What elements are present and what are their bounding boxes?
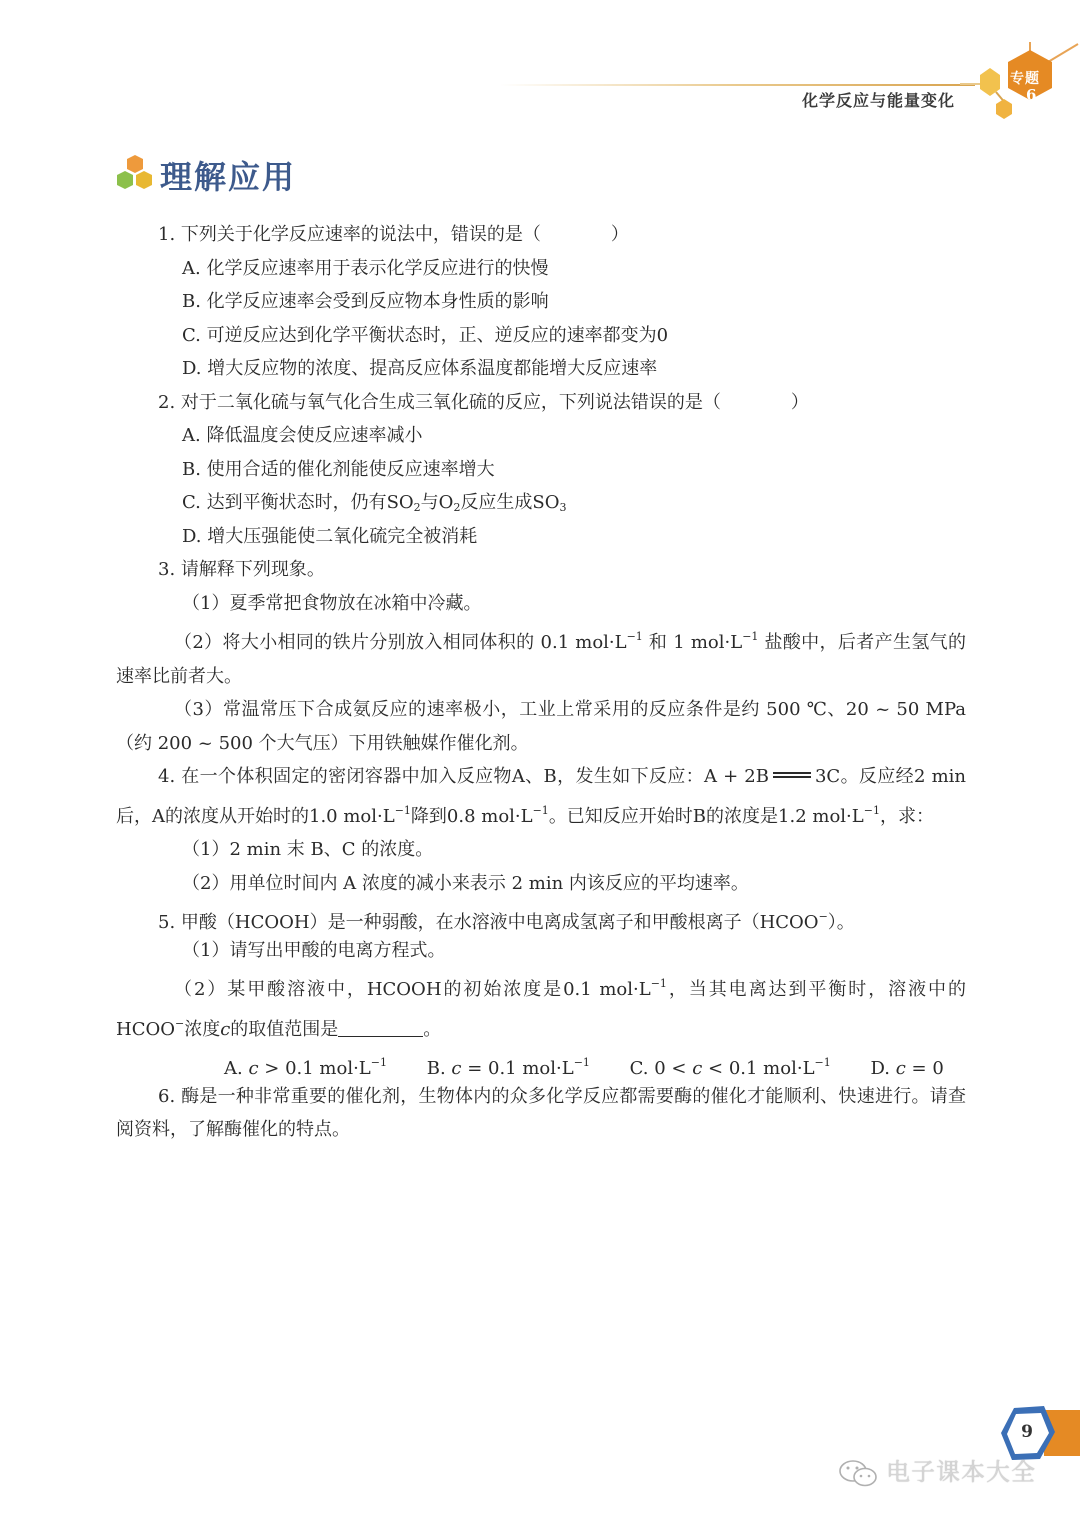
- page-number: 9: [1017, 1422, 1037, 1442]
- wechat-icon: [838, 1458, 880, 1488]
- sub-question-1: （1）夏季常把食物放在冰箱中冷藏。: [116, 587, 966, 621]
- watermark: 电子课本大全: [838, 1452, 1036, 1488]
- header-rule: [500, 84, 975, 86]
- question-stem: 1. 下列关于化学反应速率的说法中，错误的是（）: [116, 218, 966, 252]
- question-stem: 4. 在一个体积固定的密闭容器中加入反应物A、B，发生如下反应：A + 2B3C…: [116, 760, 966, 833]
- topic-number: 6: [1026, 86, 1036, 104]
- sub-question-2: （2）某甲酸溶液中，HCOOH的初始浓度是0.1 mol·L−1，当其电离达到平…: [116, 967, 966, 1046]
- option-a: A. 降低温度会使反应速率减小: [116, 419, 966, 453]
- sub-question-3: （3）常温常压下合成氨反应的速率极小，工业上常采用的反应条件是约 500 ℃、2…: [116, 693, 966, 760]
- chapter-title: 化学反应与能量变化: [802, 88, 955, 111]
- fill-in-blank: [338, 1016, 423, 1037]
- answer-choices: A. c > 0.1 mol·L−1 B. c = 0.1 mol·L−1 C.…: [116, 1046, 966, 1080]
- exercise-list: 1. 下列关于化学反应速率的说法中，错误的是（） A. 化学反应速率用于表示化学…: [116, 218, 966, 1147]
- question-5: 5. 甲酸（HCOOH）是一种弱酸，在水溶液中电离成氢离子和甲酸根离子（HCOO…: [116, 900, 966, 1080]
- sub-question-2: （2）用单位时间内 A 浓度的减小来表示 2 min 内该反应的平均速率。: [116, 867, 966, 901]
- sub-question-1: （1）请写出甲酸的电离方程式。: [116, 934, 966, 968]
- choice-b: B. c = 0.1 mol·L−1: [427, 1058, 590, 1079]
- question-stem: 2. 对于二氧化硫与氧气化合生成三氧化硫的反应，下列说法错误的是（）: [116, 386, 966, 420]
- option-b: B. 化学反应速率会受到反应物本身性质的影响: [116, 285, 966, 319]
- hexagon-cluster-icon: [115, 155, 155, 193]
- option-a: A. 化学反应速率用于表示化学反应进行的快慢: [116, 252, 966, 286]
- question-stem: 3. 请解释下列现象。: [116, 553, 966, 587]
- question-4: 4. 在一个体积固定的密闭容器中加入反应物A、B，发生如下反应：A + 2B3C…: [116, 760, 966, 900]
- choice-d: D. c = 0: [870, 1058, 943, 1079]
- equals-arrow-icon: [773, 772, 811, 778]
- question-3: 3. 请解释下列现象。 （1）夏季常把食物放在冰箱中冷藏。 （2）将大小相同的铁…: [116, 553, 966, 760]
- question-2: 2. 对于二氧化硫与氧气化合生成三氧化硫的反应，下列说法错误的是（） A. 降低…: [116, 386, 966, 554]
- option-d: D. 增大反应物的浓度、提高反应体系温度都能增大反应速率: [116, 352, 966, 386]
- option-c: C. 可逆反应达到化学平衡状态时，正、逆反应的速率都变为0: [116, 319, 966, 353]
- question-stem: 5. 甲酸（HCOOH）是一种弱酸，在水溶液中电离成氢离子和甲酸根离子（HCOO…: [116, 900, 966, 934]
- choice-c: C. 0 < c < 0.1 mol·L−1: [630, 1058, 831, 1079]
- choice-a: A. c > 0.1 mol·L−1: [224, 1058, 387, 1079]
- option-b: B. 使用合适的催化剂能使反应速率增大: [116, 453, 966, 487]
- question-6: 6. 酶是一种非常重要的催化剂，生物体内的众多化学反应都需要酶的催化才能顺利、快…: [116, 1080, 966, 1147]
- topic-label: 专题: [1010, 68, 1040, 88]
- question-stem: 6. 酶是一种非常重要的催化剂，生物体内的众多化学反应都需要酶的催化才能顺利、快…: [116, 1080, 966, 1147]
- sub-question-2: （2）将大小相同的铁片分别放入相同体积的 0.1 mol·L−1 和 1 mol…: [116, 620, 966, 693]
- sub-question-1: （1）2 min 末 B、C 的浓度。: [116, 833, 966, 867]
- section-title: 理解应用: [160, 152, 296, 198]
- question-1: 1. 下列关于化学反应速率的说法中，错误的是（） A. 化学反应速率用于表示化学…: [116, 218, 966, 386]
- option-d: D. 增大压强能使二氧化硫完全被消耗: [116, 520, 966, 554]
- option-c: C. 达到平衡状态时，仍有SO2与O2反应生成SO3: [116, 486, 966, 520]
